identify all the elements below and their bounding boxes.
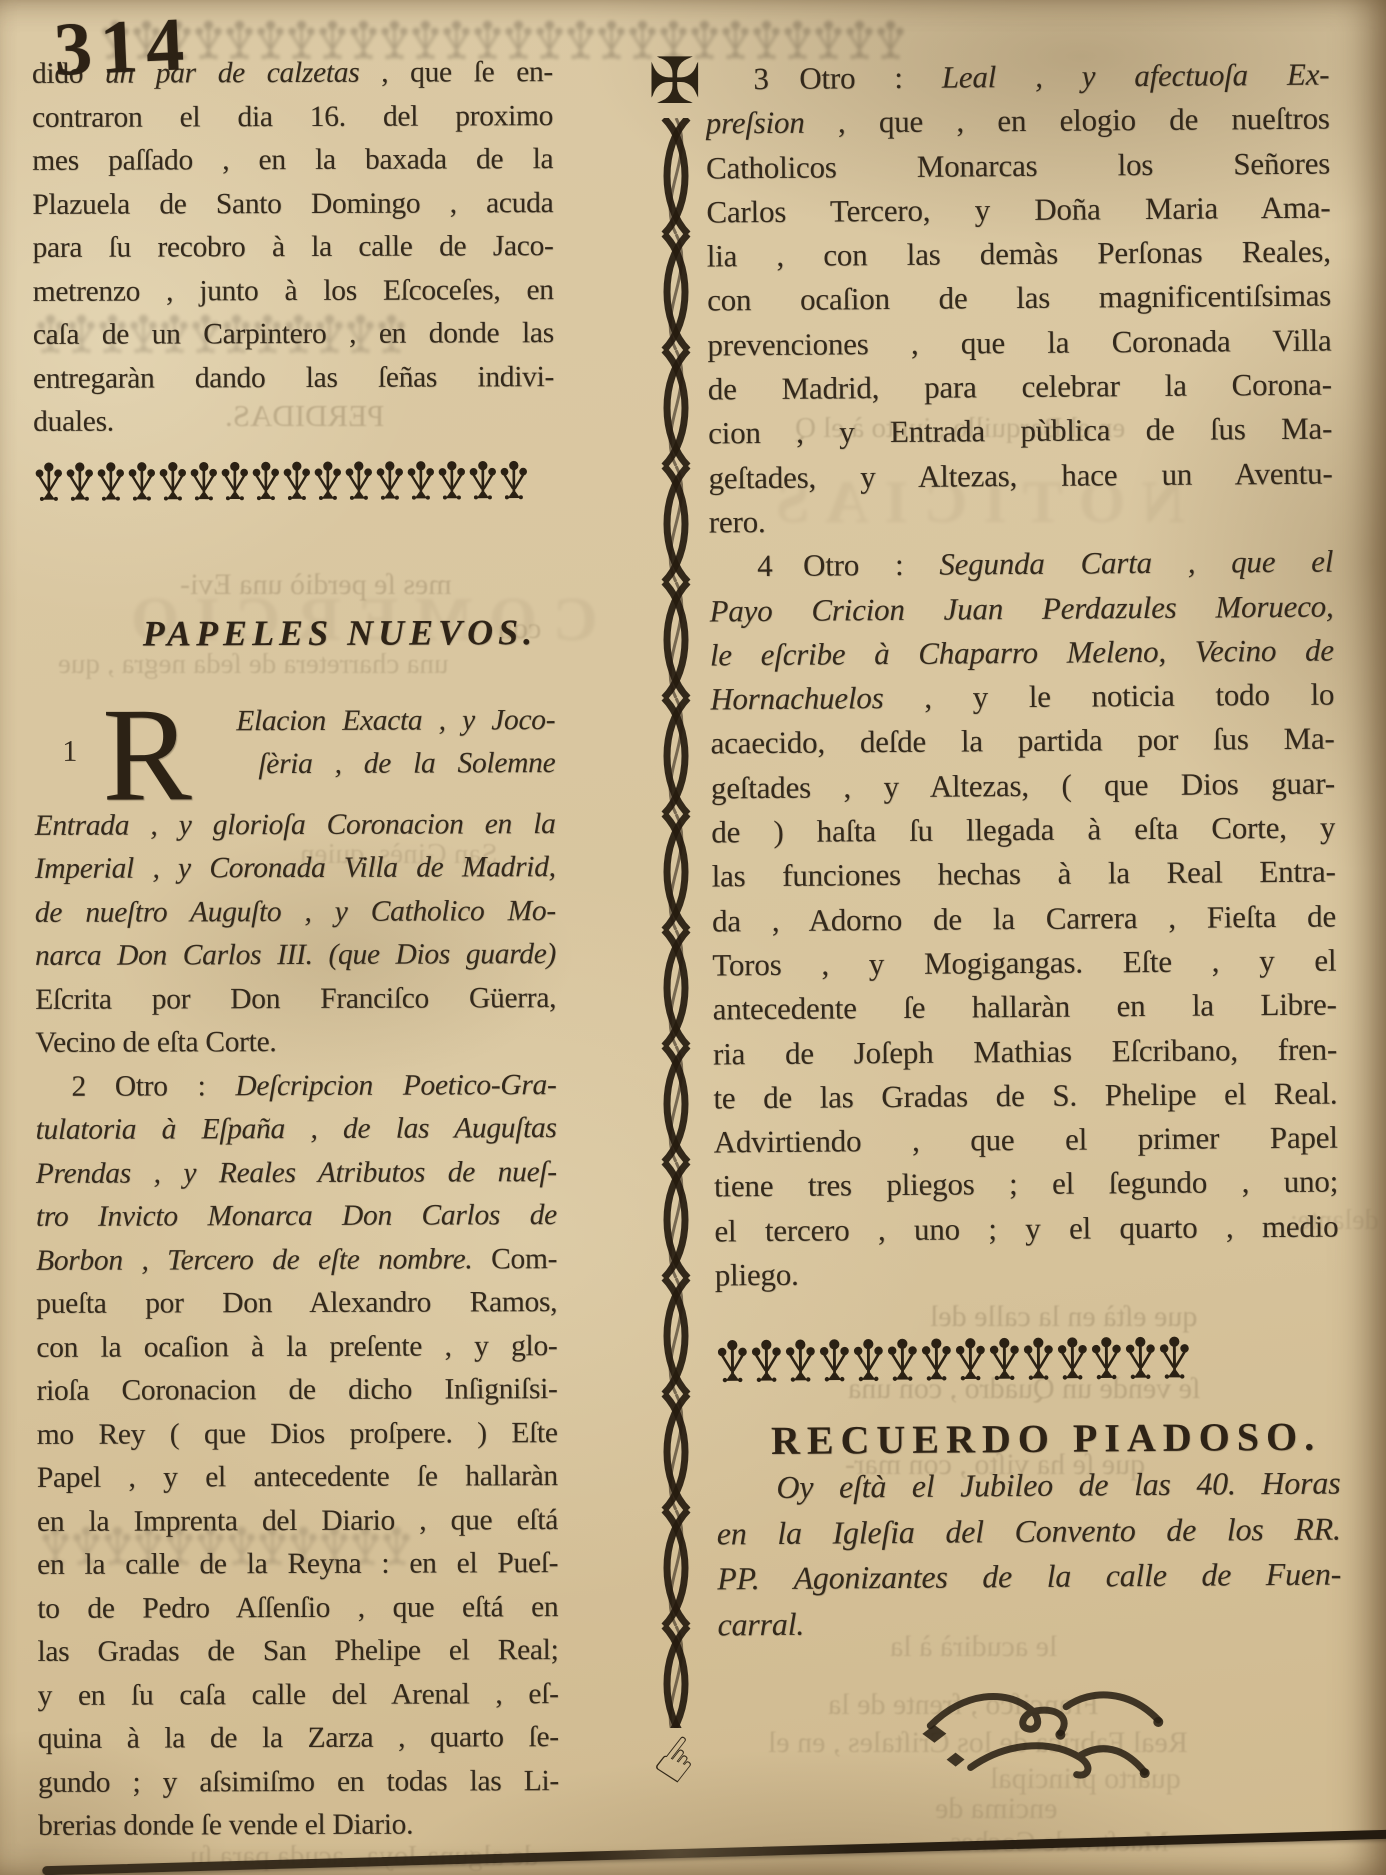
text-line: ria de Joſeph Mathias Eſcribano, fren- [713,1027,1337,1076]
text-run: duales. [33,406,114,438]
text-run: gundo ; y aſsimiſmo en todas las Li- [38,1765,559,1799]
text-line: de nueſtro Auguſto , y Catholico Mo- [35,890,556,935]
floral-sprig-icon [188,456,219,506]
text-run: contraron el dia 16. del proximo [32,100,553,134]
pious-notice-paragraph: Oy eſtà el Jubileo de las 40. Horasen la… [716,1461,1341,1648]
text-run: metrenzo , junto à los Eſcoceſes, en [33,274,554,308]
text-line: lia , con las demàs Perſonas Reales, [707,230,1331,279]
text-line: Payo Cricion Juan Perdazules Morueco, [709,584,1333,633]
text-line: caſa de un Carpintero , en donde las [33,312,554,357]
floral-sprig-icon [1157,1332,1191,1384]
text-line: dido un par de calzetas , que ſe en- [32,51,553,96]
text-run: PP. Agonizantes de la calle de Fuen- [717,1556,1341,1597]
text-run: cion , y Entrada pùblica de ſus Ma- [708,411,1332,451]
text-line: Imperial , y Coronada Villa de Madrid, [35,846,556,891]
text-run: , que , en elogio de nueſtros [804,101,1329,140]
text-run: le eſcribe à Chaparro Meleno, Vecino de [710,632,1334,672]
floral-sprig-icon [565,16,596,64]
text-line: pliego. [715,1249,1339,1298]
text-line: 2 Otro : Deſcripcion Poetico-Gra- [35,1064,556,1109]
drop-cap-letter: R [102,702,192,807]
floral-sprig-icon [95,456,126,506]
text-line: acaecido, deſde la partida por ſus Ma- [710,717,1334,766]
section-heading-papeles-nuevos: PAPELES NUEVOS. [130,609,550,656]
text-line: tulatoria à Eſpaña , de las Auguſtas [36,1107,557,1152]
text-line: en la calle de la Reyna : en el Pueſ- [37,1542,558,1587]
fleuron-ornament-row [33,451,554,507]
text-line: mo Rey ( que Dios proſpere. ) Eſte [37,1412,558,1457]
text-run: rero. [709,504,766,539]
text-run: geſtades, y Altezas, hace un Aventu- [708,455,1332,495]
text-run: tulatoria à Eſpaña , de las Auguſtas [36,1112,557,1146]
text-run: brerias donde ſe vende el Diario. [38,1809,413,1842]
text-run: de Madrid, para celebrar la Corona- [708,367,1332,407]
text-line: 3 Otro : Leal , y afectuoſa Ex- [705,53,1329,102]
floral-sprig-icon [157,456,188,506]
text-line: en la Imprenta del Diario , que eſtá [37,1499,558,1544]
text-run: Catholicos Monarcas los Señores [706,145,1330,185]
maltese-cross-icon: ✠ [648,50,704,114]
floral-sprig-icon [281,455,312,505]
text-run: te de las Gradas de S. Phelipe el Real. [713,1075,1337,1115]
scanned-page: 314 COMERCIONOTICIASPERDIDAS.mes ſe perd… [0,0,1386,1875]
text-line: metrenzo , junto à los Eſcoceſes, en [33,269,554,314]
list-item-1: 1 R Elacion Exacta , y Joco-ſèria , de l… [34,699,555,789]
text-run: entregaràn dando las ſeñas indivi- [33,361,554,395]
text-line: mes paſſado , en la baxada de la [32,138,553,183]
braid-ornament [652,118,700,1728]
text-run: Payo Cricion Juan Perdazules Morueco, [709,588,1333,628]
text-run: Toros , y Mogigangas. Eſte , y el [712,942,1336,982]
text-line: geſtades , y Altezas, ( que Dios guar- [711,761,1335,810]
floral-sprig-icon [467,455,498,505]
floral-sprig-icon [312,455,343,505]
floral-sprig-icon [250,456,281,506]
text-run: preſsion [706,105,805,141]
text-line: brerias donde ſe vende el Diario. [38,1803,559,1848]
text-run: lia , con las demàs Perſonas Reales, [707,234,1331,274]
text-run: un par de calzetas [105,57,359,90]
text-run: tro Invicto Monarca Don Carlos de [36,1199,557,1233]
text-run: Oy eſtà el Jubileo de las 40. Horas [776,1465,1340,1505]
floral-sprig-icon [1089,1333,1123,1385]
text-run: Segunda Carta , que el [939,544,1333,582]
floral-sprig-icon [987,1333,1021,1385]
floral-sprig-icon [374,455,405,505]
floral-sprig-icon [126,456,157,506]
text-run: 2 Otro : [71,1070,235,1103]
section-heading-recuerdo-piadoso: RECUERDO PIADOSO. [716,1413,1340,1466]
floral-sprig-icon [219,456,250,506]
text-run: mes paſſado , en la baxada de la [32,143,553,177]
text-run: ſèria , de la Solemne [258,747,555,780]
text-line: quina à la de la Zarza , quarto ſe- [38,1716,559,1761]
text-run: Elacion Exacta , y Joco- [236,704,555,737]
text-line: en la Igleſia del Convento de los RR. [717,1506,1341,1556]
text-run: Deſcripcion Poetico-Gra- [235,1069,556,1102]
text-run: to de Pedro Aſſenſio , que eſtá en [37,1591,558,1625]
floral-sprig-icon [783,1335,817,1387]
text-line: da , Adorno de la Carrera , Fieſta de [712,894,1336,943]
new-papers-items-paragraph: 3 Otro : Leal , y afectuoſa Ex-preſsion … [705,53,1339,1298]
text-run: quina à la de la Zarza , quarto ſe- [38,1721,559,1755]
text-run: mo Rey ( que Dios proſpere. ) Eſte [37,1417,558,1451]
left-column-body: Entrada , y glorioſa Coronacion en laImp… [34,803,559,1849]
text-run: Com- [472,1243,557,1275]
floral-sprig-icon [885,1334,919,1386]
text-line: Borbon , Tercero de eſte nombre. Com- [36,1238,557,1283]
text-run: para ſu recobro à la calle de Jaco- [32,230,553,264]
text-run: carral. [717,1606,804,1643]
text-run: Papel , y el antecedente ſe hallaràn [37,1460,558,1494]
text-line: las Gradas de San Phelipe el Real; [37,1629,558,1674]
text-line: entregaràn dando las ſeñas indivi- [33,356,554,401]
text-run: las Gradas de San Phelipe el Real; [37,1634,558,1668]
right-column: 3 Otro : Leal , y afectuoſa Ex-preſsion … [705,53,1343,1791]
floral-sprig-icon [817,1335,851,1387]
text-run: en la Igleſia del Convento de los RR. [717,1510,1341,1551]
text-line: Prendas , y Reales Atributos de nueſ- [36,1151,557,1196]
text-run: , que ſe en- [359,56,553,89]
text-run: da , Adorno de la Carrera , Fieſta de [712,898,1336,938]
text-run: geſtades , y Altezas, ( que Dios guar- [711,765,1335,805]
text-run: acaecido, deſde la partida por ſus Ma- [710,721,1334,761]
floral-sprig-icon [715,1335,749,1387]
text-line: pueſta por Don Alexandro Ramos, [36,1281,557,1326]
floral-flourish-icon [908,1672,1179,1789]
left-column: dido un par de calzetas , que ſe en-cont… [32,51,559,1848]
text-run: en la calle de la Reyna : en el Pueſ- [37,1547,558,1581]
text-line: Papel , y el antecedente ſe hallaràn [37,1455,558,1500]
text-line: te de las Gradas de S. Phelipe el Real. [713,1071,1337,1120]
text-run: narca Don Carlos III. (que Dios guarde) [35,938,556,972]
text-line: las funciones hechas à la Real Entra- [711,850,1335,899]
text-run: dido [32,58,105,90]
text-run: Hornachuelos [710,680,884,716]
text-line: Oy eſtà el Jubileo de las 40. Horas [716,1461,1340,1511]
floral-sprig-icon [343,455,374,505]
text-run: de ) haſta ſu llegada à eſta Corte, y [711,810,1335,850]
text-run: de nueſtro Auguſto , y Catholico Mo- [35,895,556,929]
floral-sprig-icon [851,1334,885,1386]
text-run: 4 Otro : [757,547,939,583]
floral-sprig-icon [749,1335,783,1387]
text-run: 3 Otro : [753,60,942,96]
floral-sprig-icon [919,1334,953,1386]
text-run: las funciones hechas à la Real Entra- [711,854,1335,894]
text-line: Plazuela de Santo Domingo , acuda [32,182,553,227]
text-run: pliego. [715,1257,799,1293]
text-line: Advirtiendo , que el primer Papel [714,1116,1338,1165]
text-run: ria de Joſeph Mathias Eſcribano, fren- [713,1031,1337,1071]
text-run: con ocaſion de las magnificentiſsimas [707,278,1331,318]
text-line: geſtades, y Altezas, hace un Aventu- [708,451,1332,500]
text-run: caſa de un Carpintero , en donde las [33,317,554,351]
text-line: con ocaſion de las magnificentiſsimas [707,274,1331,323]
floral-sprig-icon [953,1334,987,1386]
text-run: rioſa Coronacion de dicho Inſigniſsi- [36,1373,557,1407]
text-run: antecedente ſe hallaràn en la Libre- [713,987,1337,1027]
text-line: tiene tres pliegos ; el ſegundo , uno; [714,1160,1338,1209]
fleuron-ornament-row [715,1330,1197,1388]
text-line: carral. [717,1597,1341,1647]
text-run: , y le noticia todo lo [883,677,1334,716]
text-run: tiene tres pliegos ; el ſegundo , uno; [714,1164,1338,1204]
text-run: y en ſu caſa calle del Arenal , eſ- [38,1678,559,1712]
floral-sprig-icon [498,455,529,505]
floral-sprig-icon [405,455,436,505]
text-run: Prendas , y Reales Atributos de nueſ- [36,1156,557,1190]
text-line: contraron el dia 16. del proximo [32,95,553,140]
text-line: 4 Otro : Segunda Carta , que el [709,540,1333,589]
text-line: to de Pedro Aſſenſio , que eſtá en [37,1586,558,1631]
floral-sprig-icon [64,456,95,506]
text-line: para ſu recobro à la calle de Jaco- [32,225,553,270]
floral-sprig-icon [436,455,467,505]
text-run: Imperial , y Coronada Villa de Madrid, [35,851,556,885]
text-run: pueſta por Don Alexandro Ramos, [36,1286,557,1320]
text-line: preſsion , que , en elogio de nueſtros [706,97,1330,146]
floral-sprig-icon [1021,1333,1055,1385]
text-run: Vecino de eſta Corte. [35,1026,276,1059]
floral-sprig-icon [33,456,64,506]
lost-item-notice-paragraph: dido un par de calzetas , que ſe en-cont… [32,51,554,444]
text-line: duales. [33,399,554,444]
text-run: con la ocaſion à la preſente , y glo- [36,1330,557,1364]
floral-sprig-icon [1055,1333,1089,1385]
text-line: PP. Agonizantes de la calle de Fuen- [717,1552,1341,1602]
manicule-icon: ☞ [639,1721,717,1798]
text-line: Toros , y Mogigangas. Eſte , y el [712,938,1336,987]
text-line: cion , y Entrada pùblica de ſus Ma- [708,407,1332,456]
text-line: tro Invicto Monarca Don Carlos de [36,1194,557,1239]
text-line: Vecino de eſta Corte. [35,1020,556,1065]
text-line: el tercero , uno ; y el quarto , medio [714,1204,1338,1253]
text-line: Hornachuelos , y le noticia todo lo [710,673,1334,722]
text-line: narca Don Carlos III. (que Dios guarde) [35,933,556,978]
text-run: Eſcrita por Don Franciſco Güerra, [35,982,556,1016]
text-run: el tercero , uno ; y el quarto , medio [714,1208,1338,1248]
text-line: de Madrid, para celebrar la Corona- [708,363,1332,412]
text-line: Catholicos Monarcas los Señores [706,141,1330,190]
text-line: prevenciones , que la Coronada Villa [707,318,1331,367]
text-line: y en ſu caſa calle del Arenal , eſ- [38,1673,559,1718]
floral-sprig-icon [596,16,627,64]
text-run: Advirtiendo , que el primer Papel [714,1120,1338,1160]
column-divider-ornament: ✠ ☞ [644,50,704,1850]
floral-sprig-icon [1123,1332,1157,1384]
text-run: en la Imprenta del Diario , que eſtá [37,1504,558,1538]
item-number-1: 1 [62,734,77,768]
text-run: Borbon , Tercero de eſte nombre. [36,1243,472,1277]
bleedthrough-text: encima de [935,1792,1057,1826]
text-line: Carlos Tercero, y Doña Maria Ama- [706,185,1330,234]
text-run: Leal , y afectuoſa Ex- [942,57,1330,95]
text-line: de ) haſta ſu llegada à eſta Corte, y [711,806,1335,855]
text-line: Eſcrita por Don Franciſco Güerra, [35,977,556,1022]
text-line: rero. [709,496,1333,545]
text-line: gundo ; y aſsimiſmo en todas las Li- [38,1760,559,1805]
text-run: prevenciones , que la Coronada Villa [707,322,1331,362]
text-line: le eſcribe à Chaparro Meleno, Vecino de [710,628,1334,677]
text-line: rioſa Coronacion de dicho Inſigniſsi- [36,1368,557,1413]
text-run: Plazuela de Santo Domingo , acuda [32,187,553,221]
text-line: antecedente ſe hallaràn en la Libre- [713,983,1337,1032]
text-run: Carlos Tercero, y Doña Maria Ama- [706,189,1330,229]
text-line: con la ocaſion à la preſente , y glo- [36,1325,557,1370]
